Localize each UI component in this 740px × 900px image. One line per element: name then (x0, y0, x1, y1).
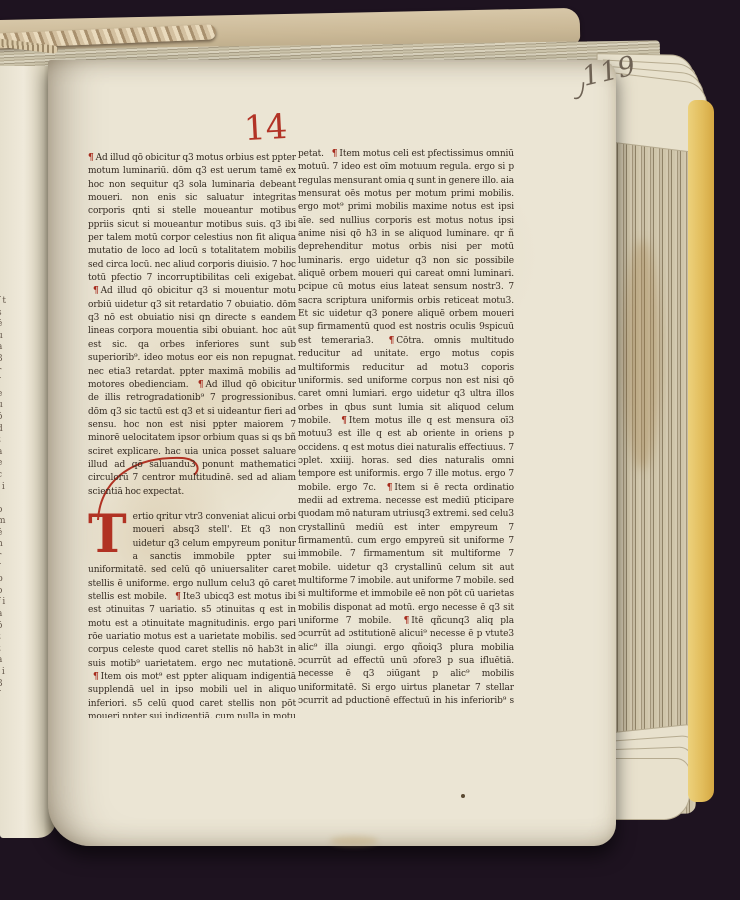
paragraph-text: Cōtra. omnis multitudo reducitur ad unit… (298, 336, 514, 426)
paragraph-block: ¶Ad illud qō obicitur q3 motus orbius es… (88, 152, 296, 499)
paragraph-text: Ite3 ubicq3 est motus ibi est ɔtinuitas … (88, 592, 296, 669)
vellum-cover-fore-edge (688, 100, 714, 802)
facing-page-edge-text: ſtsēua3rſeuōdtaeclilomēnrſpofiaōttali3ſ (0, 296, 8, 702)
paper-speck (461, 794, 465, 798)
paragraph-text: Item ois mot⁹ est ppter aliquam indigent… (88, 672, 296, 718)
rubric-pilcrow: ¶ (399, 616, 412, 626)
text-column-right: petat. ¶Item motus celi est pfectissimus… (298, 148, 514, 708)
rubric-pilcrow: ¶ (193, 380, 206, 390)
rubric-pilcrow: ¶ (336, 416, 349, 426)
paragraph-block: petat. ¶Item motus celi est pfectissimus… (298, 148, 514, 708)
text-column-left: ¶Ad illud qō obicitur q3 motus orbius es… (88, 152, 296, 718)
rubric-pilcrow: ¶ (384, 336, 397, 346)
book-photograph: ſtsēua3rſeuōdtaeclilomēnrſpofiaōttali3ſ … (0, 0, 740, 900)
fore-edge-stain (624, 240, 660, 470)
rubric-pilcrow: ¶ (88, 286, 101, 296)
rubric-pilcrow: ¶ (88, 672, 101, 682)
paragraph-text: Item motus ille q est mensura oī3 motuu3… (298, 416, 514, 493)
paragraph-text: Ad illud qō obicitur de illis retrograda… (88, 380, 296, 497)
paragraph-text: Item si ē recta ordinatio medii ad extre… (298, 483, 514, 626)
rubric-pilcrow: ¶ (327, 149, 340, 159)
manuscript-page: 14 119 ¶Ad illud qō obicitur q3 motus or… (48, 60, 616, 846)
folio-flourish (566, 67, 605, 102)
rubric-pilcrow: ¶ (88, 153, 96, 163)
paragraph-text: Itē qñcunq3 aliq pla ɔcurrūt ad ɔstituti… (298, 616, 514, 708)
paragraph-text: petat. (298, 149, 324, 159)
paragraph-text: Item motus celi est pfectissimus omniū m… (298, 149, 514, 346)
paragraph-text: Ad illud qō obicitur q3 si mouentur motu… (88, 286, 296, 389)
leaf-number: 14 (243, 107, 288, 149)
rubric-pilcrow: ¶ (170, 592, 183, 602)
drop-cap-initial: T (88, 511, 133, 557)
paper-stain (330, 836, 378, 846)
paragraph-text: Ad illud qō obicitur q3 motus orbius est… (88, 153, 296, 283)
paragraph-block: Tertio qritur vtr3 conveniat alicui orbi… (88, 511, 296, 718)
rubric-pilcrow: ¶ (382, 483, 395, 493)
